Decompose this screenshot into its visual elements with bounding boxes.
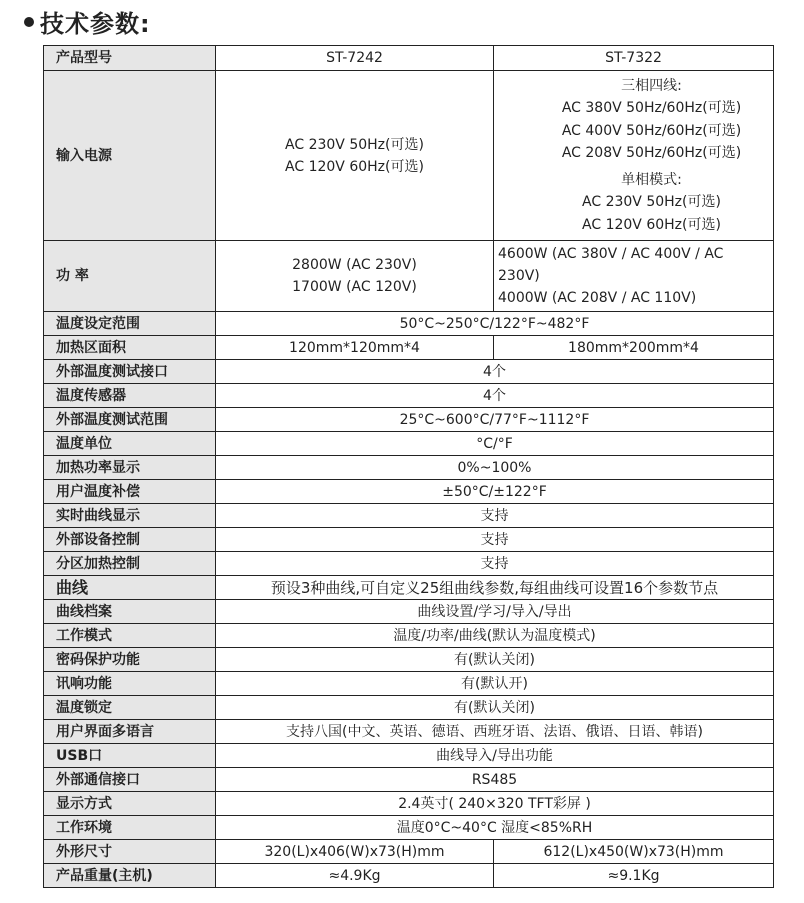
- row-label: USB口: [44, 744, 216, 768]
- table-row: 温度锁定有(默认关闭): [44, 696, 774, 720]
- table-row: 加热功率显示0%~100%: [44, 456, 774, 480]
- row-label: 加热功率显示: [44, 456, 216, 480]
- table-row-temp-range: 温度设定范围 50°C~250°C/122°F~482°F: [44, 312, 774, 336]
- row-value: 温度/功率/曲线(默认为温度模式): [216, 624, 774, 648]
- dimensions-st7242: 320(L)x406(W)x73(H)mm: [216, 840, 494, 864]
- row-label: 输入电源: [44, 71, 216, 241]
- section-title: 技术参数:: [24, 4, 151, 39]
- value-line: AC 230V 50Hz(可选): [534, 191, 769, 214]
- row-value: 50°C~250°C/122°F~482°F: [216, 312, 774, 336]
- row-value: 4个: [216, 360, 774, 384]
- row-label: 外形尺寸: [44, 840, 216, 864]
- row-label: 工作模式: [44, 624, 216, 648]
- table-row: 工作模式温度/功率/曲线(默认为温度模式): [44, 624, 774, 648]
- row-label: 用户温度补偿: [44, 480, 216, 504]
- row-label: 讯响功能: [44, 672, 216, 696]
- table-row: 显示方式2.4英寸( 240×320 TFT彩屏 ): [44, 792, 774, 816]
- table-row: 外部温度测试范围25°C~600°C/77°F~1112°F: [44, 408, 774, 432]
- row-label: 温度传感器: [44, 384, 216, 408]
- row-value: 预设3种曲线,可自定义25组曲线参数,每组曲线可设置16个参数节点: [216, 576, 774, 600]
- table-row-model: 产品型号 ST-7242 ST-7322: [44, 46, 774, 71]
- input-power-st7322: 三相四线: AC 380V 50Hz/60Hz(可选) AC 400V 50Hz…: [494, 71, 774, 241]
- row-label: 外部设备控制: [44, 528, 216, 552]
- row-value: 25°C~600°C/77°F~1112°F: [216, 408, 774, 432]
- row-label: 密码保护功能: [44, 648, 216, 672]
- table-row: 用户界面多语言支持八国(中文、英语、德语、西班牙语、法语、俄语、日语、韩语): [44, 720, 774, 744]
- row-label: 外部温度测试范围: [44, 408, 216, 432]
- value-line: AC 380V 50Hz/60Hz(可选): [534, 97, 769, 120]
- row-label: 外部通信接口: [44, 768, 216, 792]
- row-label: 产品重量(主机): [44, 864, 216, 888]
- row-label: 产品型号: [44, 46, 216, 71]
- row-value: 温度0°C~40°C 湿度<85%RH: [216, 816, 774, 840]
- table-row: 曲线档案曲线设置/学习/导入/导出: [44, 600, 774, 624]
- value-line: AC 120V 60Hz(可选): [534, 214, 769, 237]
- row-value: RS485: [216, 768, 774, 792]
- row-value: 2.4英寸( 240×320 TFT彩屏 ): [216, 792, 774, 816]
- value-line: 1700W (AC 120V): [220, 276, 489, 298]
- row-value: 有(默认关闭): [216, 696, 774, 720]
- row-value: 曲线导入/导出功能: [216, 744, 774, 768]
- table-row: 外部温度测试接口4个: [44, 360, 774, 384]
- value-line: AC 400V 50Hz/60Hz(可选): [534, 120, 769, 143]
- table-row: 密码保护功能有(默认关闭): [44, 648, 774, 672]
- value-line: 4600W (AC 380V / AC 400V / AC 230V): [498, 243, 769, 287]
- table-row: 曲线预设3种曲线,可自定义25组曲线参数,每组曲线可设置16个参数节点: [44, 576, 774, 600]
- row-value: 支持: [216, 552, 774, 576]
- table-row: 实时曲线显示支持: [44, 504, 774, 528]
- heating-area-st7322: 180mm*200mm*4: [494, 336, 774, 360]
- row-label: 加热区面积: [44, 336, 216, 360]
- row-value: 4个: [216, 384, 774, 408]
- row-value: 有(默认关闭): [216, 648, 774, 672]
- weight-st7242: ≈4.9Kg: [216, 864, 494, 888]
- value-line: 4000W (AC 208V / AC 110V): [498, 287, 769, 309]
- table-row: 讯响功能有(默认开): [44, 672, 774, 696]
- row-value: 0%~100%: [216, 456, 774, 480]
- table-row-heating-area: 加热区面积 120mm*120mm*4 180mm*200mm*4: [44, 336, 774, 360]
- row-label: 温度锁定: [44, 696, 216, 720]
- table-row-dimensions: 外形尺寸 320(L)x406(W)x73(H)mm 612(L)x450(W)…: [44, 840, 774, 864]
- row-label: 功 率: [44, 241, 216, 312]
- table-row: 用户温度补偿±50°C/±122°F: [44, 480, 774, 504]
- row-label: 分区加热控制: [44, 552, 216, 576]
- heating-area-st7242: 120mm*120mm*4: [216, 336, 494, 360]
- row-value: ±50°C/±122°F: [216, 480, 774, 504]
- model-st7322: ST-7322: [494, 46, 774, 71]
- row-label: 曲线: [44, 576, 216, 600]
- model-st7242: ST-7242: [216, 46, 494, 71]
- power-st7322: 4600W (AC 380V / AC 400V / AC 230V) 4000…: [494, 241, 774, 312]
- section-title-text: 技术参数:: [40, 4, 151, 39]
- row-value: 支持: [216, 528, 774, 552]
- row-value: 支持八国(中文、英语、德语、西班牙语、法语、俄语、日语、韩语): [216, 720, 774, 744]
- table-row: 外部通信接口RS485: [44, 768, 774, 792]
- power-st7242: 2800W (AC 230V) 1700W (AC 120V): [216, 241, 494, 312]
- table-row: 温度传感器4个: [44, 384, 774, 408]
- row-label: 温度设定范围: [44, 312, 216, 336]
- table-row-input-power: 输入电源 AC 230V 50Hz(可选) AC 120V 60Hz(可选) 三…: [44, 71, 774, 241]
- row-value: 支持: [216, 504, 774, 528]
- table-row: 分区加热控制支持: [44, 552, 774, 576]
- three-phase-title: 三相四线:: [534, 75, 769, 98]
- row-label: 温度单位: [44, 432, 216, 456]
- input-power-st7242: AC 230V 50Hz(可选) AC 120V 60Hz(可选): [216, 71, 494, 241]
- table-row-weight: 产品重量(主机) ≈4.9Kg ≈9.1Kg: [44, 864, 774, 888]
- row-label: 实时曲线显示: [44, 504, 216, 528]
- table-row: USB口曲线导入/导出功能: [44, 744, 774, 768]
- row-label: 显示方式: [44, 792, 216, 816]
- row-value: 曲线设置/学习/导入/导出: [216, 600, 774, 624]
- single-phase-title: 单相模式:: [534, 169, 769, 192]
- table-row: 外部设备控制支持: [44, 528, 774, 552]
- table-row-power: 功 率 2800W (AC 230V) 1700W (AC 120V) 4600…: [44, 241, 774, 312]
- bullet-icon: [24, 17, 34, 27]
- value-line: AC 120V 60Hz(可选): [220, 156, 489, 178]
- row-label: 外部温度测试接口: [44, 360, 216, 384]
- row-label: 工作环境: [44, 816, 216, 840]
- weight-st7322: ≈9.1Kg: [494, 864, 774, 888]
- table-row: 温度单位°C/°F: [44, 432, 774, 456]
- row-value: 有(默认开): [216, 672, 774, 696]
- value-line: AC 230V 50Hz(可选): [220, 134, 489, 156]
- value-line: AC 208V 50Hz/60Hz(可选): [534, 142, 769, 165]
- row-label: 曲线档案: [44, 600, 216, 624]
- table-row: 工作环境温度0°C~40°C 湿度<85%RH: [44, 816, 774, 840]
- row-value: °C/°F: [216, 432, 774, 456]
- spec-table: 产品型号 ST-7242 ST-7322 输入电源 AC 230V 50Hz(可…: [43, 45, 774, 888]
- dimensions-st7322: 612(L)x450(W)x73(H)mm: [494, 840, 774, 864]
- value-line: 2800W (AC 230V): [220, 254, 489, 276]
- row-label: 用户界面多语言: [44, 720, 216, 744]
